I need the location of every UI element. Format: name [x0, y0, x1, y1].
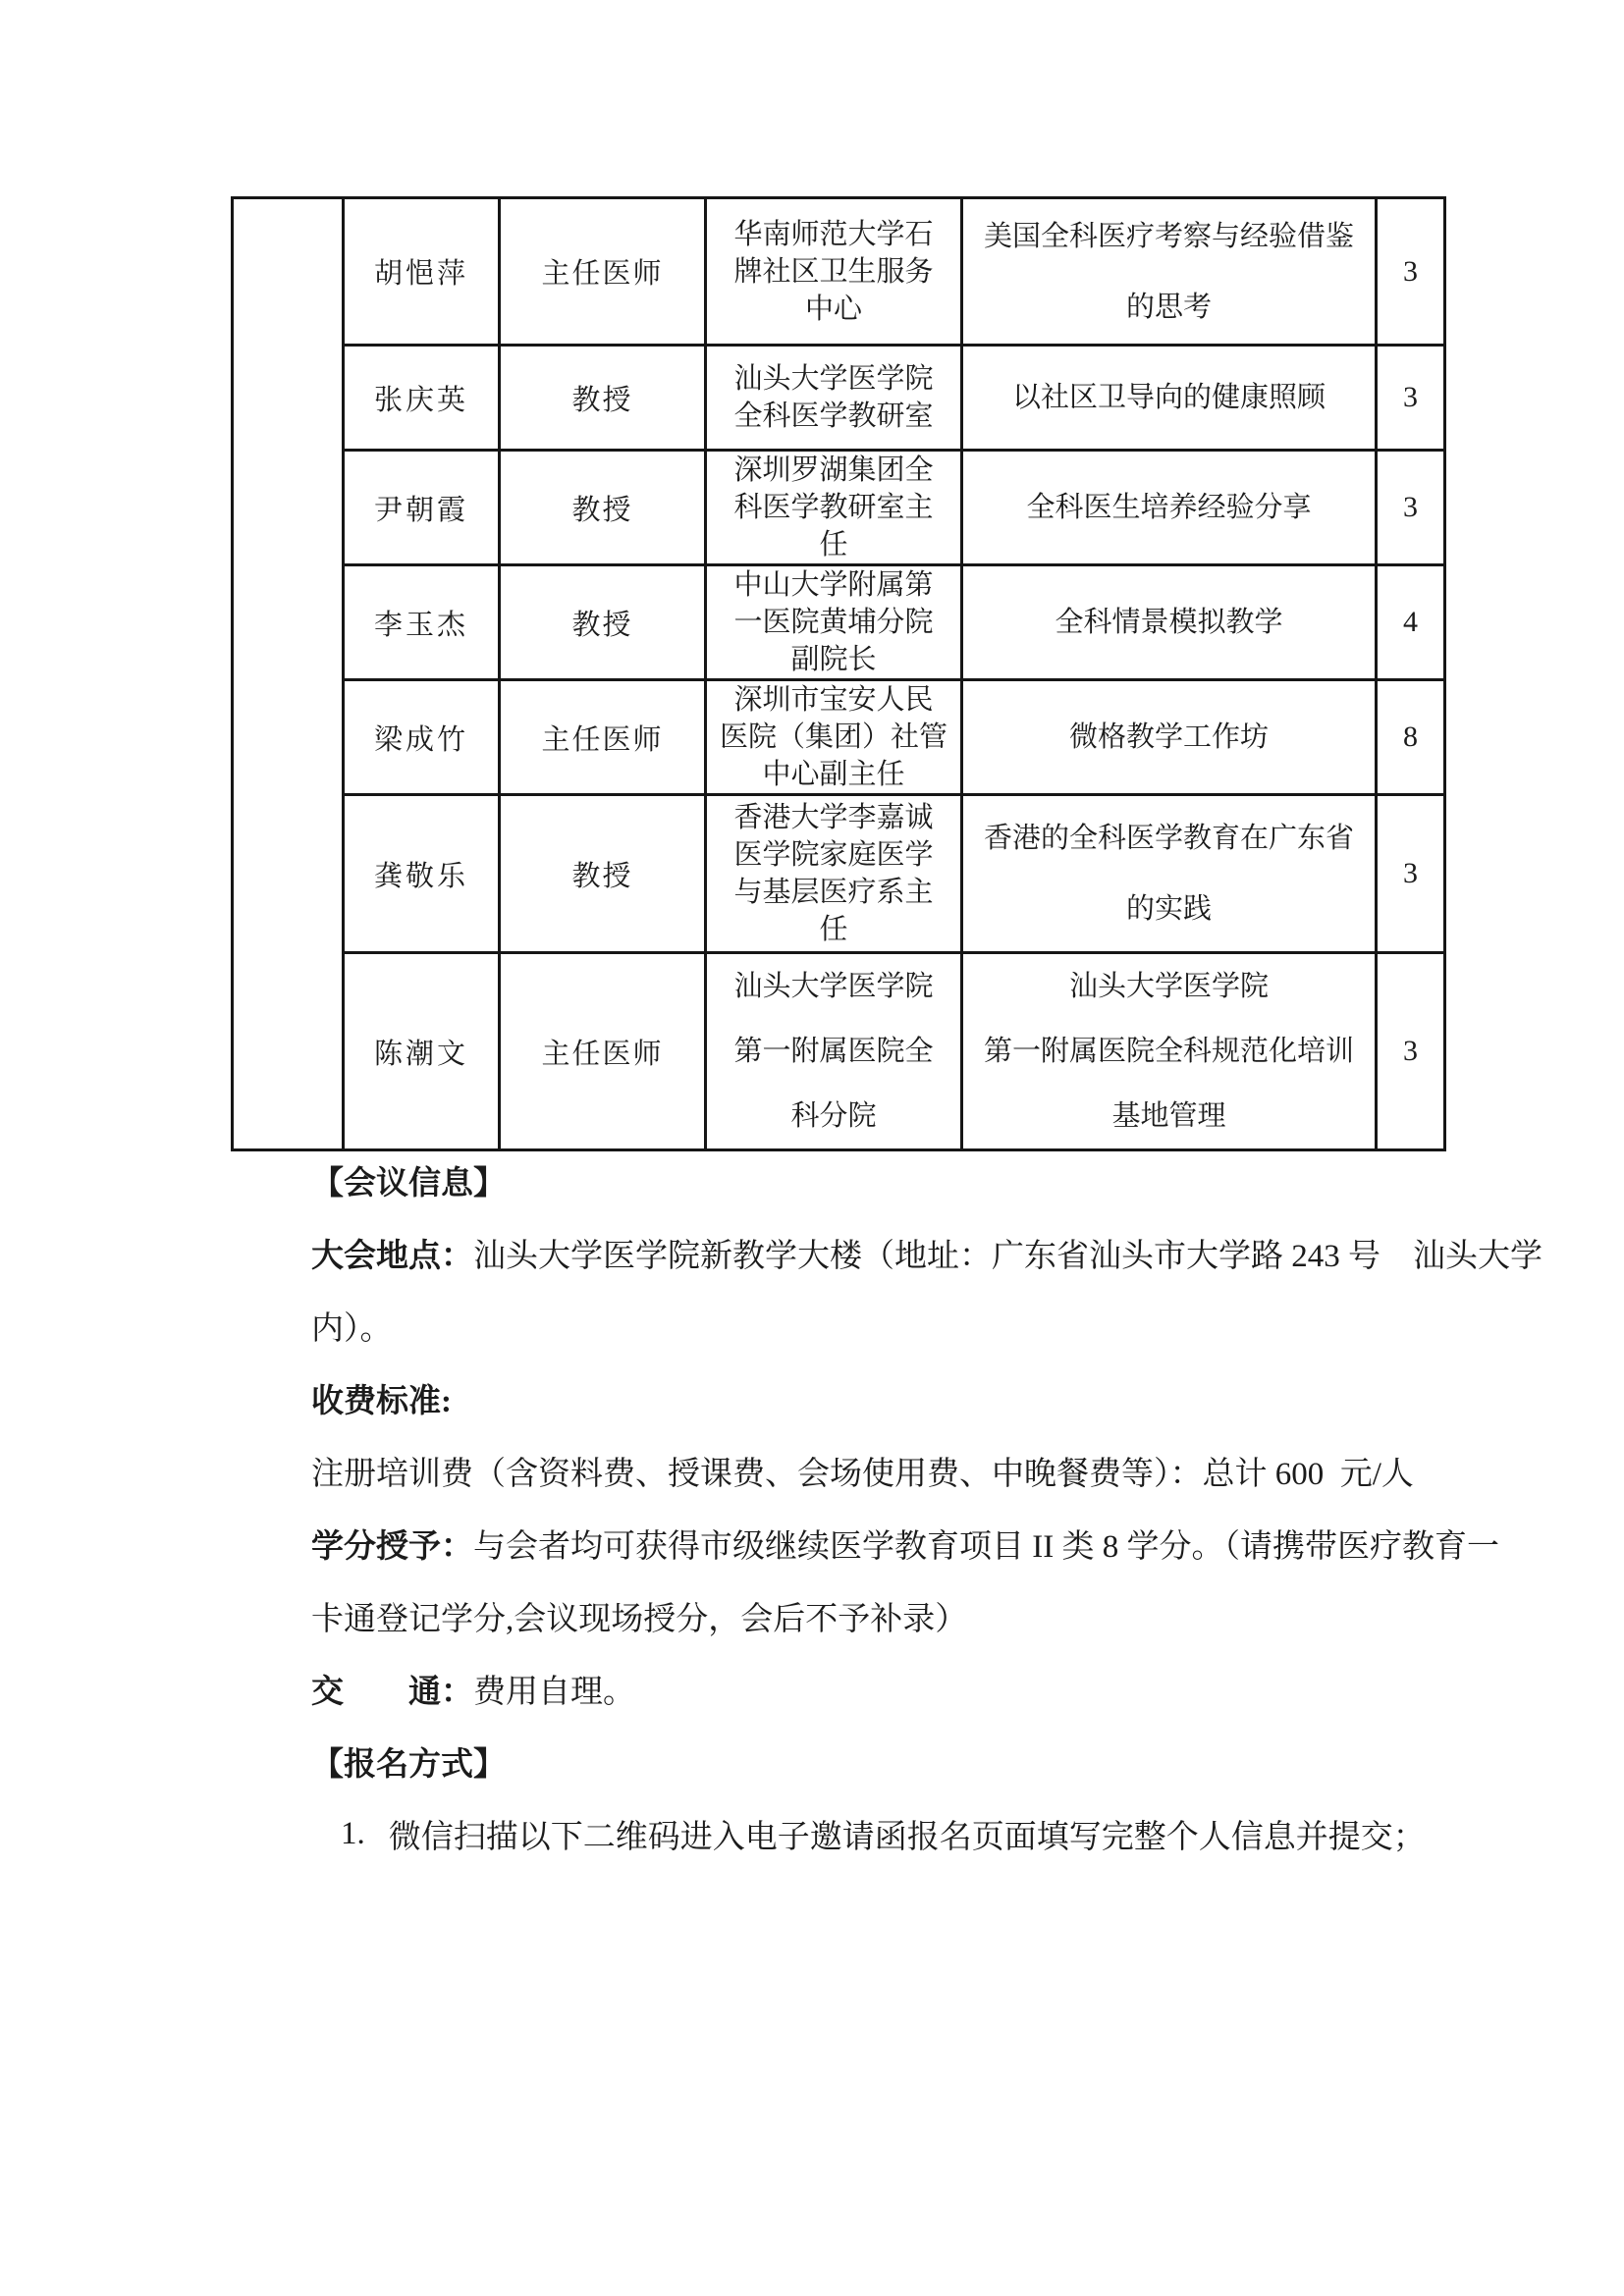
topic-cell: 全科医生培养经验分享	[962, 451, 1377, 565]
meeting-info-header: 【会议信息】	[311, 1144, 1470, 1216]
affiliation-cell: 汕头大学医学院 第一附属医院全 科分院	[706, 953, 962, 1150]
affiliation-cell: 汕头大学医学院 全科医学教研室	[706, 346, 962, 451]
table-row: 陈潮文 主任医师 汕头大学医学院 第一附属医院全 科分院 汕头大学医学院 第一附…	[233, 953, 1445, 1150]
transport-text: 费用自理。	[473, 1666, 635, 1712]
section-header-label: 【报名方式】	[311, 1738, 506, 1785]
speaker-name-cell: 龚敬乐	[344, 795, 500, 953]
registration-header: 【报名方式】	[311, 1725, 1470, 1797]
hours-cell: 3	[1377, 346, 1445, 451]
venue-line-1: 大会地点：汕头大学医学院新教学大楼（地址：广东省汕头市大学路 243 号 汕头大…	[311, 1216, 1470, 1289]
speaker-title-cell: 主任医师	[500, 953, 706, 1150]
table-row: 尹朝霞 教授 深圳罗湖集团全 科医学教研室主 任 全科医生培养经验分享 3	[233, 451, 1445, 565]
credit-text-continued: 卡通登记学分,会议现场授分，会后不予补录）	[311, 1593, 967, 1639]
affiliation-cell: 中山大学附属第 一医院黄埔分院 副院长	[706, 565, 962, 680]
venue-line-2: 内）。	[311, 1289, 1470, 1362]
speaker-title-cell: 主任医师	[500, 680, 706, 795]
list-item-number: 1.	[341, 1816, 365, 1852]
speaker-name-cell: 尹朝霞	[344, 451, 500, 565]
speaker-title-cell: 教授	[500, 451, 706, 565]
topic-cell: 美国全科医疗考察与经验借鉴 的思考	[962, 198, 1377, 346]
affiliation-cell: 深圳市宝安人民 医院（集团）社管 中心副主任	[706, 680, 962, 795]
fee-text: 注册培训费（含资料费、授课费、会场使用费、中晚餐费等）：总计 600 元/人	[311, 1448, 1414, 1494]
fee-header-line: 收费标准:	[311, 1362, 1470, 1434]
topic-cell: 全科情景模拟教学	[962, 565, 1377, 680]
table-row: 张庆英 教授 汕头大学医学院 全科医学教研室 以社区卫导向的健康照顾 3	[233, 346, 1445, 451]
transport-line: 交 通：费用自理。	[311, 1652, 1470, 1725]
speaker-name-cell: 张庆英	[344, 346, 500, 451]
table-row: 胡悒萍 主任医师 华南师范大学石 牌社区卫生服务 中心 美国全科医疗考察与经验借…	[233, 198, 1445, 346]
hours-cell: 8	[1377, 680, 1445, 795]
transport-label: 交 通：	[311, 1666, 473, 1712]
table-row: 龚敬乐 教授 香港大学李嘉诚 医学院家庭医学 与基层医疗系主 任 香港的全科医学…	[233, 795, 1445, 953]
speaker-name-cell: 梁成竹	[344, 680, 500, 795]
speaker-title-cell: 教授	[500, 795, 706, 953]
affiliation-cell: 深圳罗湖集团全 科医学教研室主 任	[706, 451, 962, 565]
credit-text: 与会者均可获得市级继续医学教育项目 II 类 8 学分。（请携带医疗教育一	[473, 1521, 1499, 1567]
hours-cell: 3	[1377, 953, 1445, 1150]
section-header-label: 【会议信息】	[311, 1157, 506, 1203]
table-row: 李玉杰 教授 中山大学附属第 一医院黄埔分院 副院长 全科情景模拟教学 4	[233, 565, 1445, 680]
topic-cell: 香港的全科医学教育在广东省 的实践	[962, 795, 1377, 953]
topic-cell: 以社区卫导向的健康照顾	[962, 346, 1377, 451]
hours-cell: 3	[1377, 198, 1445, 346]
affiliation-cell: 香港大学李嘉诚 医学院家庭医学 与基层医疗系主 任	[706, 795, 962, 953]
hours-cell: 3	[1377, 451, 1445, 565]
credit-line-1: 学分授予：与会者均可获得市级继续医学教育项目 II 类 8 学分。（请携带医疗教…	[311, 1507, 1470, 1579]
affiliation-cell: 华南师范大学石 牌社区卫生服务 中心	[706, 198, 962, 346]
speaker-title-cell: 教授	[500, 346, 706, 451]
speaker-schedule-table: 胡悒萍 主任医师 华南师范大学石 牌社区卫生服务 中心 美国全科医疗考察与经验借…	[231, 196, 1446, 1151]
topic-cell: 微格教学工作坊	[962, 680, 1377, 795]
speaker-title-cell: 主任医师	[500, 198, 706, 346]
venue-label: 大会地点：	[311, 1230, 473, 1276]
topic-cell: 汕头大学医学院 第一附属医院全科规范化培训 基地管理	[962, 953, 1377, 1150]
hours-cell: 3	[1377, 795, 1445, 953]
speaker-name-cell: 胡悒萍	[344, 198, 500, 346]
table-row: 梁成竹 主任医师 深圳市宝安人民 医院（集团）社管 中心副主任 微格教学工作坊 …	[233, 680, 1445, 795]
registration-step-1: 1.微信扫描以下二维码进入电子邀请函报名页面填写完整个人信息并提交；	[311, 1797, 1470, 1870]
session-merged-cell	[233, 198, 344, 1150]
credit-line-2: 卡通登记学分,会议现场授分，会后不予补录）	[311, 1579, 1470, 1652]
venue-text-continued: 内）。	[311, 1303, 393, 1349]
fee-detail-line: 注册培训费（含资料费、授课费、会场使用费、中晚餐费等）：总计 600 元/人	[311, 1434, 1470, 1507]
list-item-text: 微信扫描以下二维码进入电子邀请函报名页面填写完整个人信息并提交；	[389, 1811, 1426, 1857]
conference-info-section: 【会议信息】 大会地点：汕头大学医学院新教学大楼（地址：广东省汕头市大学路 24…	[311, 1144, 1470, 1870]
venue-text: 汕头大学医学院新教学大楼（地址：广东省汕头市大学路 243 号 汕头大学	[473, 1230, 1543, 1276]
speaker-title-cell: 教授	[500, 565, 706, 680]
speaker-name-cell: 陈潮文	[344, 953, 500, 1150]
document-page: 胡悒萍 主任医师 华南师范大学石 牌社区卫生服务 中心 美国全科医疗考察与经验借…	[0, 0, 1624, 2296]
speaker-name-cell: 李玉杰	[344, 565, 500, 680]
fee-label: 收费标准:	[311, 1375, 452, 1421]
hours-cell: 4	[1377, 565, 1445, 680]
credit-label: 学分授予：	[311, 1521, 473, 1567]
